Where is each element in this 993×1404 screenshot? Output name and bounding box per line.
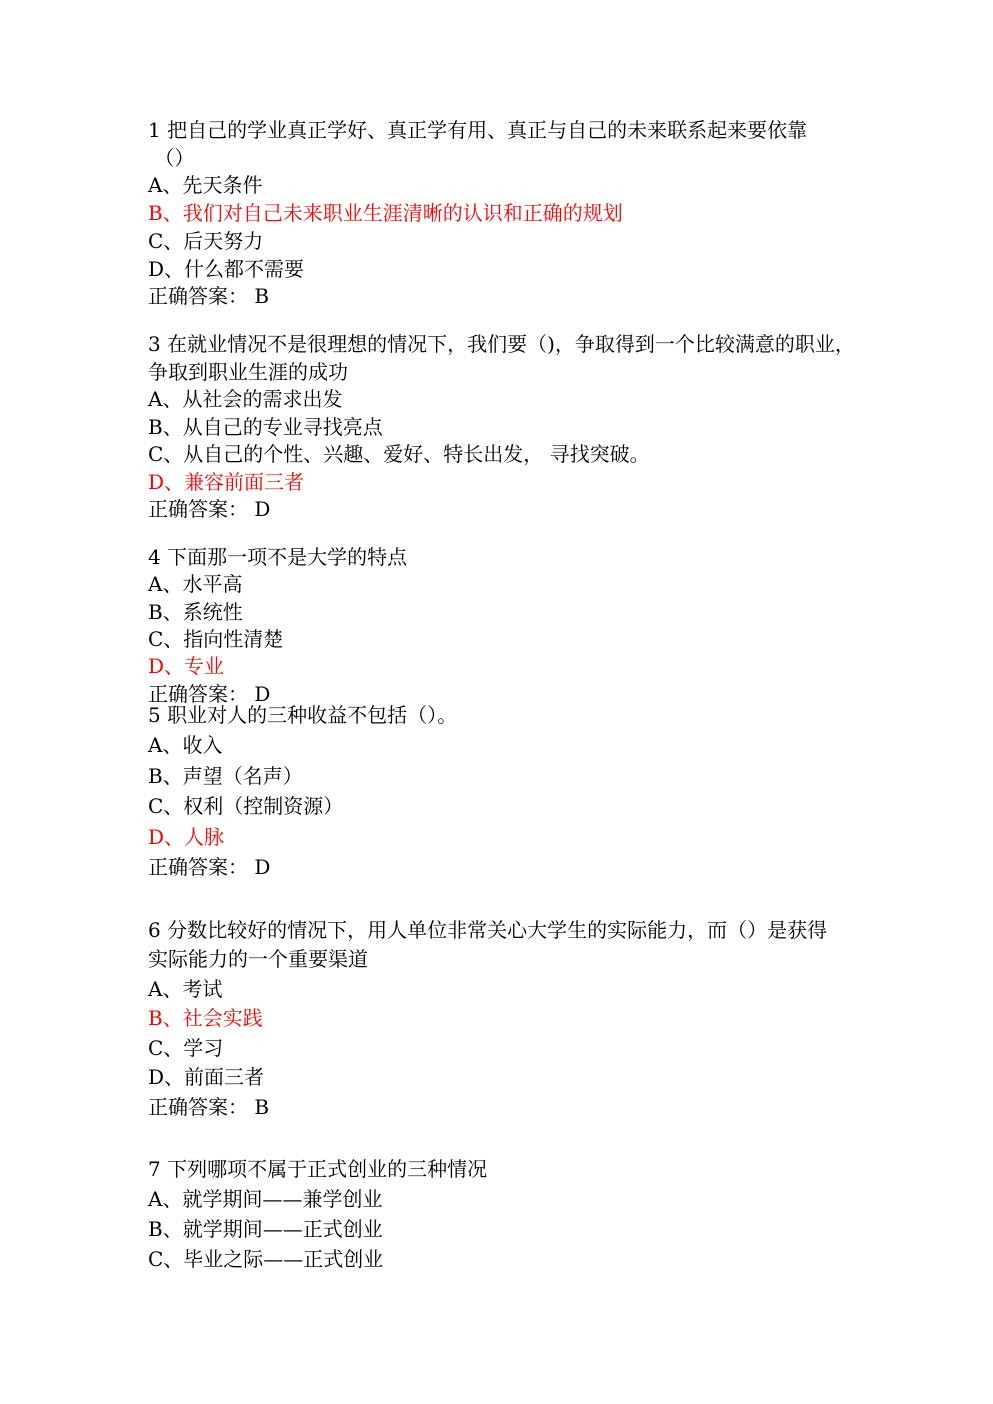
question-block-q5: 5 职业对人的三种收益不包括（）。A、收入B、声望（名声）C、权利（控制资源）D… [148,700,968,883]
question-q5-option-B: B、声望（名声） [148,761,968,792]
question-block-q3: 3 在就业情况不是很理想的情况下，我们要（)，争取得到一个比较满意的职业，争取到… [148,331,968,524]
question-q7-option-A: A、就学期间——兼学创业 [148,1184,968,1214]
question-q3-option-C: C、从自己的个性、兴趣、爱好、特长出发， 寻找突破。 [148,441,968,469]
question-q6-title-line-1: 6 分数比较好的情况下，用人单位非常关心大学生的实际能力，而（）是获得 [148,916,968,946]
question-q1-option-A: A、先天条件 [148,172,968,200]
question-block-q6: 6 分数比较好的情况下，用人单位非常关心大学生的实际能力，而（）是获得实际能力的… [148,916,968,1123]
question-q5-title-line-1: 5 职业对人的三种收益不包括（）。 [148,700,968,731]
question-q6-option-B-correct: B、社会实践 [148,1004,968,1034]
question-q6-option-A: A、考试 [148,975,968,1005]
question-q4-option-C: C、指向性清楚 [148,626,968,653]
question-q6-answer-line: 正确答案： B [148,1093,968,1123]
quiz-content: 1 把自己的学业真正学好、真正学有用、真正与自己的未来联系起来要依靠 （）A、先… [148,0,968,1274]
question-block-q1: 1 把自己的学业真正学好、真正学有用、真正与自己的未来联系起来要依靠 （）A、先… [148,117,968,311]
question-q5-option-C: C、权利（控制资源） [148,791,968,822]
question-q3-answer-line: 正确答案： D [148,496,968,524]
question-q1-title-line-1: 1 把自己的学业真正学好、真正学有用、真正与自己的未来联系起来要依靠 [148,117,968,145]
question-q6-option-C: C、学习 [148,1034,968,1064]
question-block-q4: 4 下面那一项不是大学的特点A、水平高B、系统性C、指向性清楚D、专业正确答案：… [148,544,968,708]
question-block-q7: 7 下列哪项不属于正式创业的三种情况A、就学期间——兼学创业B、就学期间——正式… [148,1154,968,1274]
question-q4-option-D-correct: D、专业 [148,653,968,680]
question-q3-option-B: B、从自己的专业寻找亮点 [148,414,968,442]
question-q6-title-line-2: 实际能力的一个重要渠道 [148,945,968,975]
question-q1-option-C: C、后天努力 [148,228,968,256]
quiz-document-page: 1 把自己的学业真正学好、真正学有用、真正与自己的未来联系起来要依靠 （）A、先… [0,0,993,1404]
question-q4-option-A: A、水平高 [148,571,968,598]
question-q4-option-B: B、系统性 [148,599,968,626]
question-q4-title-line-1: 4 下面那一项不是大学的特点 [148,544,968,571]
question-q5-option-A: A、收入 [148,730,968,761]
question-q1-option-B-correct: B、我们对自己未来职业生涯清晰的认识和正确的规划 [148,200,968,228]
question-q5-option-D-correct: D、人脉 [148,822,968,853]
question-q1-answer-line: 正确答案： B [148,283,968,311]
question-q3-option-A: A、从社会的需求出发 [148,386,968,414]
question-q1-title-line-2: （） [148,145,968,173]
question-q3-title-line-1: 3 在就业情况不是很理想的情况下，我们要（)，争取得到一个比较满意的职业， [148,331,968,359]
question-q3-option-D-correct: D、兼容前面三者 [148,469,968,497]
question-q7-option-B: B、就学期间——正式创业 [148,1214,968,1244]
question-q5-answer-line: 正确答案： D [148,852,968,883]
question-q3-title-line-2: 争取到职业生涯的成功 [148,359,968,387]
question-q7-option-C: C、毕业之际——正式创业 [148,1244,968,1274]
question-q1-option-D: D、什么都不需要 [148,256,968,284]
question-q6-option-D: D、前面三者 [148,1063,968,1093]
question-q7-title-line-1: 7 下列哪项不属于正式创业的三种情况 [148,1154,968,1184]
